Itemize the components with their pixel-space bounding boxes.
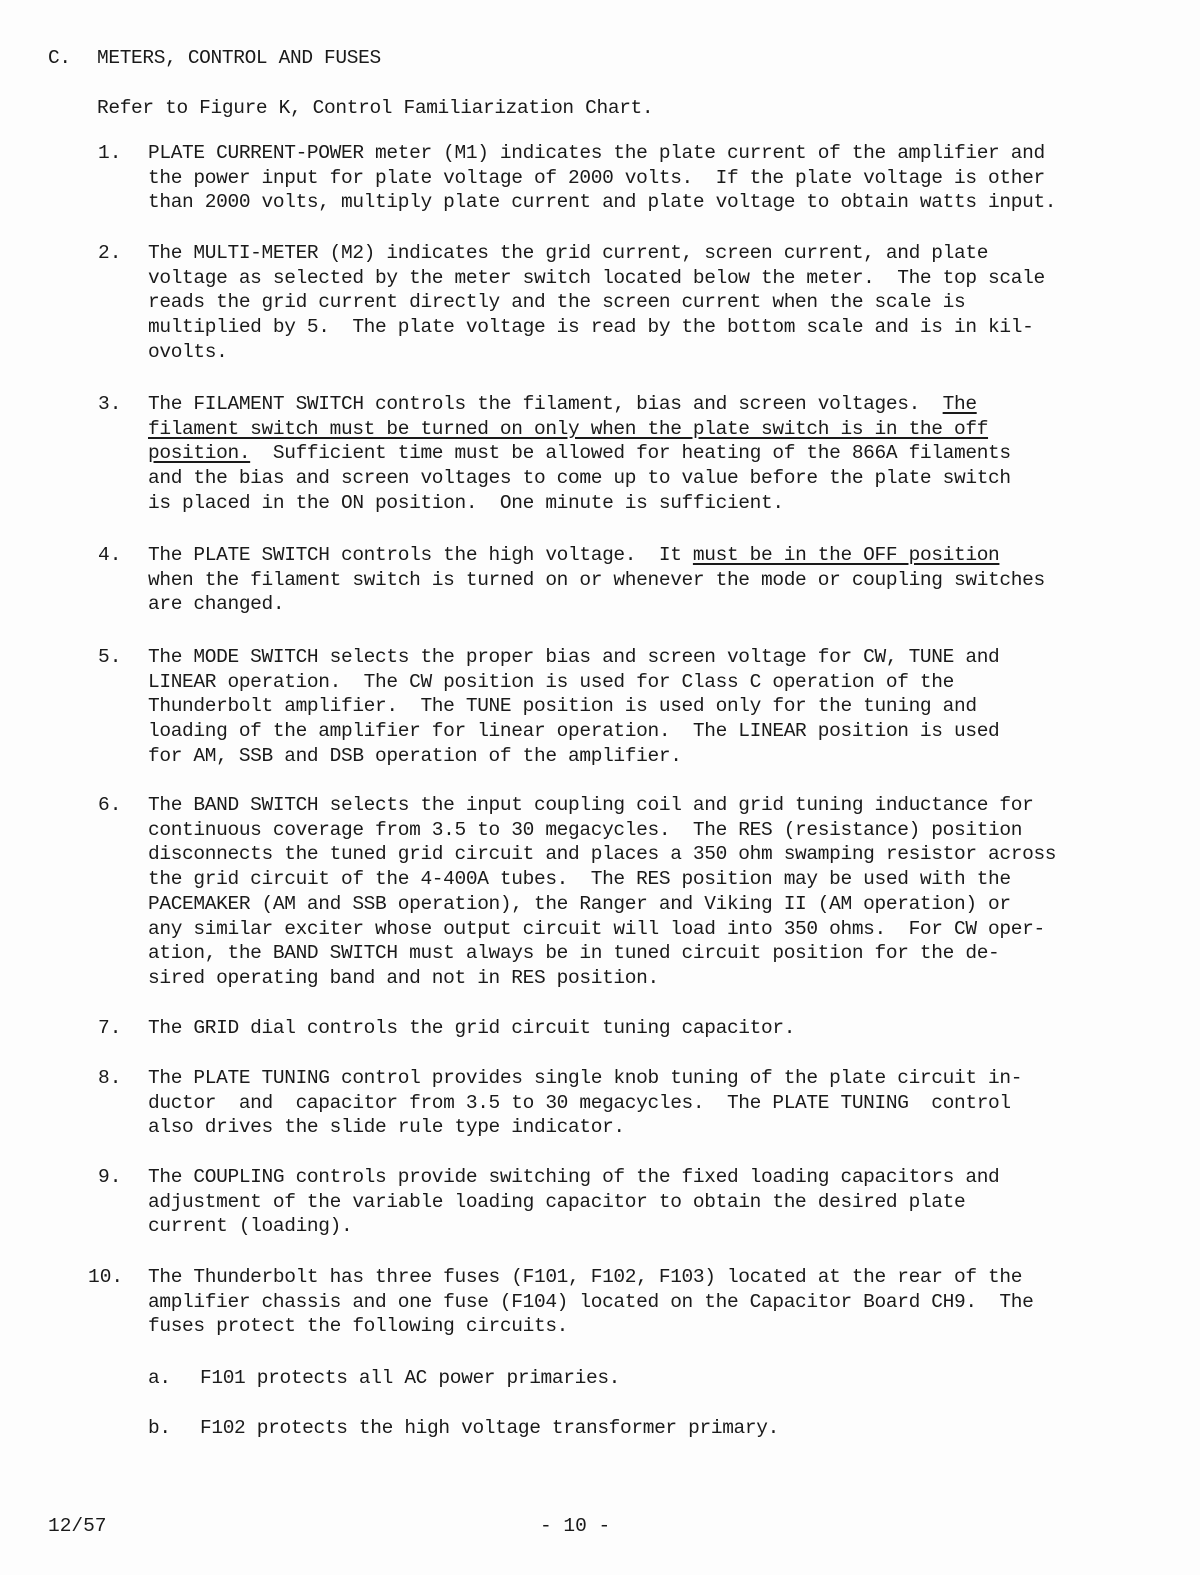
- sublist-item-text: F102 protects the high voltage transform…: [200, 1416, 779, 1440]
- text-run: voltage as selected by the meter switch …: [148, 267, 1045, 289]
- sublist-item-letter: a.: [148, 1366, 171, 1390]
- list-item-number: 1.: [98, 141, 121, 165]
- list-item-number: 10.: [88, 1265, 123, 1289]
- underlined-emphasis: must be in the OFF position: [693, 544, 1000, 566]
- text-run: sired operating band and not in RES posi…: [148, 967, 659, 989]
- footer-date: 12/57: [48, 1514, 107, 1538]
- list-item-text-line: PACEMAKER (AM and SSB operation), the Ra…: [148, 892, 1011, 916]
- section-intro: Refer to Figure K, Control Familiarizati…: [97, 96, 653, 120]
- list-item-text-line: The COUPLING controls provide switching …: [148, 1165, 999, 1189]
- text-run: The BAND SWITCH selects the input coupli…: [148, 794, 1033, 816]
- text-run: ductor and capacitor from 3.5 to 30 mega…: [148, 1092, 1011, 1114]
- list-item-text-line: ductor and capacitor from 3.5 to 30 mega…: [148, 1091, 1011, 1115]
- list-item-text-line: ovolts.: [148, 340, 227, 364]
- list-item-text-line: The PLATE TUNING control provides single…: [148, 1066, 1022, 1090]
- list-item-text-line: LINEAR operation. The CW position is use…: [148, 670, 954, 694]
- text-run: The PLATE SWITCH controls the high volta…: [148, 544, 693, 566]
- list-item-text-line: continuous coverage from 3.5 to 30 megac…: [148, 818, 1022, 842]
- text-run: is placed in the ON position. One minute…: [148, 492, 784, 514]
- list-item-text-line: the power input for plate voltage of 200…: [148, 166, 1045, 190]
- sublist-item-letter: b.: [148, 1416, 171, 1440]
- list-item-number: 4.: [98, 543, 121, 567]
- list-item-text-line: The PLATE SWITCH controls the high volta…: [148, 543, 999, 567]
- list-item-text-line: are changed.: [148, 592, 284, 616]
- list-item-text-line: the grid circuit of the 4-400A tubes. Th…: [148, 867, 1011, 891]
- list-item-text-line: The GRID dial controls the grid circuit …: [148, 1016, 795, 1040]
- list-item-text-line: disconnects the tuned grid circuit and p…: [148, 842, 1056, 866]
- list-item-text-line: The MODE SWITCH selects the proper bias …: [148, 645, 999, 669]
- list-item-text-line: loading of the amplifier for linear oper…: [148, 719, 999, 743]
- list-item-text-line: PLATE CURRENT-POWER meter (M1) indicates…: [148, 141, 1045, 165]
- text-run: also drives the slide rule type indicato…: [148, 1116, 625, 1138]
- sublist-item-text: F101 protects all AC power primaries.: [200, 1366, 620, 1390]
- text-run: ation, the BAND SWITCH must always be in…: [148, 942, 999, 964]
- list-item-text-line: position. Sufficient time must be allowe…: [148, 441, 1011, 465]
- text-run: fuses protect the following circuits.: [148, 1315, 568, 1337]
- text-run: amplifier chassis and one fuse (F104) lo…: [148, 1291, 1033, 1313]
- text-run: multiplied by 5. The plate voltage is re…: [148, 316, 1033, 338]
- text-run: disconnects the tuned grid circuit and p…: [148, 843, 1056, 865]
- text-run: ovolts.: [148, 341, 227, 363]
- underlined-emphasis: The: [943, 393, 977, 415]
- list-item-text-line: when the filament switch is turned on or…: [148, 568, 1045, 592]
- text-run: Thunderbolt amplifier. The TUNE position…: [148, 695, 977, 717]
- text-run: The COUPLING controls provide switching …: [148, 1166, 999, 1188]
- list-item-text-line: voltage as selected by the meter switch …: [148, 266, 1045, 290]
- underlined-emphasis: filament switch must be turned on only w…: [148, 418, 988, 440]
- list-item-text-line: reads the grid current directly and the …: [148, 290, 965, 314]
- list-item-number: 5.: [98, 645, 121, 669]
- text-run: and the bias and screen voltages to come…: [148, 467, 1011, 489]
- list-item-text-line: sired operating band and not in RES posi…: [148, 966, 659, 990]
- text-run: The FILAMENT SWITCH controls the filamen…: [148, 393, 943, 415]
- text-run: are changed.: [148, 593, 284, 615]
- list-item-text-line: Thunderbolt amplifier. The TUNE position…: [148, 694, 977, 718]
- section-letter: C.: [48, 46, 71, 70]
- list-item-text-line: fuses protect the following circuits.: [148, 1314, 568, 1338]
- text-run: The MODE SWITCH selects the proper bias …: [148, 646, 999, 668]
- list-item-text-line: multiplied by 5. The plate voltage is re…: [148, 315, 1033, 339]
- list-item-text-line: than 2000 volts, multiply plate current …: [148, 190, 1056, 214]
- underlined-emphasis: position.: [148, 442, 250, 464]
- list-item-text-line: also drives the slide rule type indicato…: [148, 1115, 625, 1139]
- list-item-text-line: ation, the BAND SWITCH must always be in…: [148, 941, 999, 965]
- list-item-text-line: filament switch must be turned on only w…: [148, 417, 988, 441]
- list-item-text-line: and the bias and screen voltages to come…: [148, 466, 1011, 490]
- text-run: the grid circuit of the 4-400A tubes. Th…: [148, 868, 1011, 890]
- text-run: adjustment of the variable loading capac…: [148, 1191, 965, 1213]
- list-item-text-line: The FILAMENT SWITCH controls the filamen…: [148, 392, 977, 416]
- text-run: the power input for plate voltage of 200…: [148, 167, 1045, 189]
- list-item-text-line: any similar exciter whose output circuit…: [148, 917, 1045, 941]
- document-page: C. METERS, CONTROL AND FUSES Refer to Fi…: [0, 0, 1200, 1575]
- list-item-text-line: amplifier chassis and one fuse (F104) lo…: [148, 1290, 1033, 1314]
- list-item-number: 9.: [98, 1165, 121, 1189]
- list-item-text-line: The Thunderbolt has three fuses (F101, F…: [148, 1265, 1022, 1289]
- list-item-number: 6.: [98, 793, 121, 817]
- list-item-text-line: is placed in the ON position. One minute…: [148, 491, 784, 515]
- list-item-number: 7.: [98, 1016, 121, 1040]
- text-run: PACEMAKER (AM and SSB operation), the Ra…: [148, 893, 1011, 915]
- list-item-text-line: The BAND SWITCH selects the input coupli…: [148, 793, 1033, 817]
- text-run: The GRID dial controls the grid circuit …: [148, 1017, 795, 1039]
- text-run: The MULTI-METER (M2) indicates the grid …: [148, 242, 988, 264]
- text-run: current (loading).: [148, 1215, 352, 1237]
- text-run: than 2000 volts, multiply plate current …: [148, 191, 1056, 213]
- list-item-number: 8.: [98, 1066, 121, 1090]
- text-run: continuous coverage from 3.5 to 30 megac…: [148, 819, 1022, 841]
- text-run: PLATE CURRENT-POWER meter (M1) indicates…: [148, 142, 1045, 164]
- text-run: when the filament switch is turned on or…: [148, 569, 1045, 591]
- footer-page-number: - 10 -: [540, 1514, 610, 1538]
- text-run: The Thunderbolt has three fuses (F101, F…: [148, 1266, 1022, 1288]
- text-run: for AM, SSB and DSB operation of the amp…: [148, 745, 682, 767]
- text-run: LINEAR operation. The CW position is use…: [148, 671, 954, 693]
- list-item-text-line: The MULTI-METER (M2) indicates the grid …: [148, 241, 988, 265]
- text-run: any similar exciter whose output circuit…: [148, 918, 1045, 940]
- text-run: loading of the amplifier for linear oper…: [148, 720, 999, 742]
- list-item-text-line: current (loading).: [148, 1214, 352, 1238]
- list-item-number: 2.: [98, 241, 121, 265]
- list-item-text-line: adjustment of the variable loading capac…: [148, 1190, 965, 1214]
- text-run: Sufficient time must be allowed for heat…: [250, 442, 1011, 464]
- section-title: METERS, CONTROL AND FUSES: [97, 46, 381, 70]
- text-run: reads the grid current directly and the …: [148, 291, 965, 313]
- list-item-number: 3.: [98, 392, 121, 416]
- list-item-text-line: for AM, SSB and DSB operation of the amp…: [148, 744, 682, 768]
- text-run: The PLATE TUNING control provides single…: [148, 1067, 1022, 1089]
